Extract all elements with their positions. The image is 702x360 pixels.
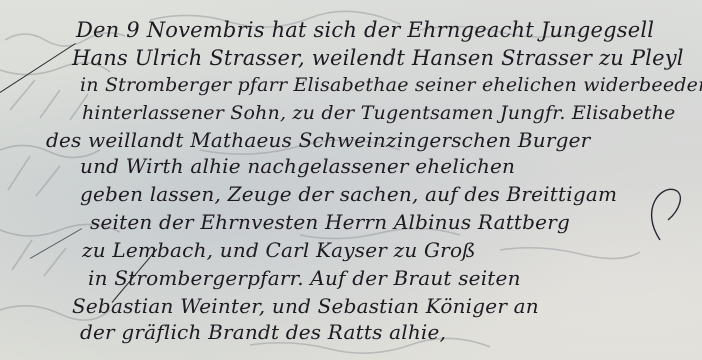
manuscript-line-2: Hans Ulrich Strasser, weilendt Hansen St…	[72, 46, 684, 70]
manuscript-line-7: geben lassen, Zeuge der sachen, auf des …	[80, 182, 617, 206]
manuscript-line-12: der gräflich Brandt des Ratts alhie,	[80, 320, 446, 344]
margin-flourish	[640, 180, 690, 250]
manuscript-line-4: hinterlassener Sohn, zu der Tugentsamen …	[82, 102, 675, 124]
manuscript-line-1: Den 9 Novembris hat sich der Ehrngeacht …	[76, 18, 654, 42]
manuscript-line-9: zu Lembach, und Carl Kayser zu Groß	[82, 238, 476, 262]
manuscript-line-8: seiten der Ehrnvesten Herrn Albinus Ratt…	[90, 210, 570, 234]
manuscript-line-11: Sebastian Weinter, und Sebastian Königer…	[72, 294, 539, 318]
manuscript-page: Den 9 Novembris hat sich der Ehrngeacht …	[0, 0, 702, 360]
manuscript-line-3: in Stromberger pfarr Elisabethae seiner …	[80, 74, 702, 96]
manuscript-line-5: des weillandt Mathaeus Schweinzingersche…	[46, 128, 590, 152]
manuscript-line-6: und Wirth alhie nachgelassener ehelichen	[80, 154, 515, 178]
manuscript-line-10: in Strombergerpfarr. Auf der Braut seite…	[88, 266, 521, 290]
